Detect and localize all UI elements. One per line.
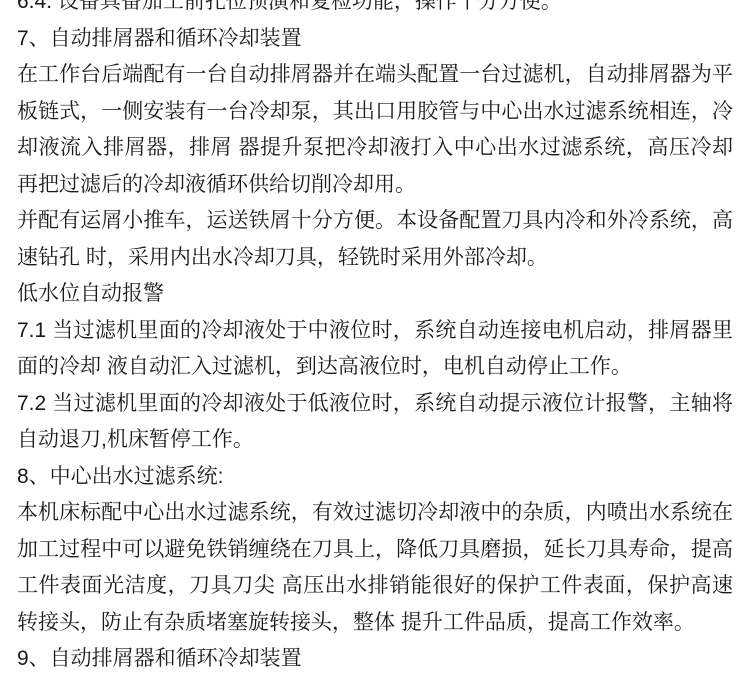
paragraph-line: 面的冷却 液自动汇入过滤机，到达高液位时，电机自动停止工作。 — [17, 349, 733, 386]
paragraph-line: 再把过滤后的冷却液循环供给切削冷却用。 — [17, 167, 733, 204]
paragraph-line: 在工作台后端配有一台自动排屑器并在端头配置一台过滤机，自动排屑器为平 — [17, 57, 733, 94]
paragraph-line: 本机床标配中心出水过滤系统，有效过滤切冷却液中的杂质，内喷出水系统在 — [17, 495, 733, 532]
paragraph-line: 板链式，一侧安装有一台冷却泵，其出口用胶管与中心出水过滤系统相连，冷 — [17, 94, 733, 131]
paragraph-line: 转接头，防止有杂质堵塞旋转接头，整体 提升工件品质，提高工作效率。 — [17, 605, 733, 642]
paragraph-line: 却液流入排屑器，排屑 器提升泵把冷却液打入中心出水过滤系统，高压冷却泵 — [17, 130, 733, 167]
paragraph-line: 加工过程中可以避免铁销缠绕在刀具上，降低刀具磨损，延长刀具寿命，提高 — [17, 532, 733, 569]
paragraph-line-7-1: 7.1 当过滤机里面的冷却液处于中液位时，系统自动连接电机启动，排屑器里 — [17, 313, 733, 350]
paragraph-line-7-2: 7.2 当过滤机里面的冷却液处于低液位时，系统自动提示液位计报警，主轴将 — [17, 386, 733, 423]
section-heading-9: 9、自动排屑器和循环冷却装置 — [17, 641, 733, 678]
paragraph-line: 自动退刀,机床暂停工作。 — [17, 422, 733, 459]
paragraph-line: 速钻孔 时，采用内出水冷却刀具，轻铣时采用外部冷却。 — [17, 240, 733, 277]
text-line-section-6-4: 6.4. 设备具备加工前孔位预演和复检功能，操作十分方便。 — [17, 0, 733, 21]
document-page: 6.4. 设备具备加工前孔位预演和复检功能，操作十分方便。 7、自动排屑器和循环… — [0, 0, 750, 678]
section-heading-7: 7、自动排屑器和循环冷却装置 — [17, 21, 733, 58]
section-heading-8: 8、中心出水过滤系统: — [17, 459, 733, 496]
paragraph-line: 工件表面光洁度，刀具刀尖 高压出水排销能很好的保护工件表面，保护高速旋 — [17, 568, 733, 605]
subheading-low-water-alarm: 低水位自动报警 — [17, 276, 733, 313]
paragraph-line: 并配有运屑小推车，运送铁屑十分方便。本设备配置刀具内冷和外冷系统，高 — [17, 203, 733, 240]
